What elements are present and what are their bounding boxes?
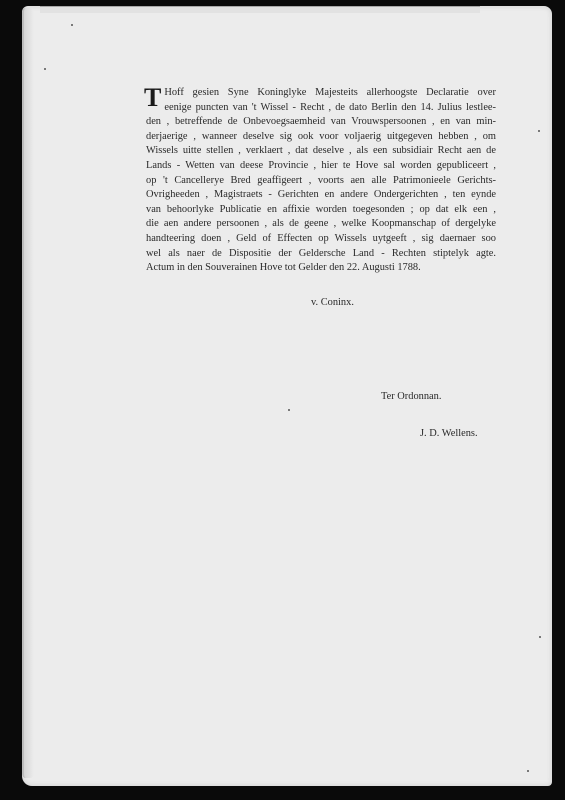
- body-line: Hoff gesien Syne Koninglyke Majesteits a…: [146, 86, 496, 101]
- body-line: op 't Cancellerye Bred geaffigeert , voo…: [146, 174, 496, 189]
- body-line: Ovrigheeden , Magistraets - Gerichten en…: [146, 188, 496, 203]
- paper-speck: [71, 24, 73, 26]
- body-line: wel als naer de Dispositie der Geldersch…: [146, 247, 496, 262]
- body-line: derjaerige , wanneer deselve sig ook voo…: [146, 130, 496, 145]
- body-line: Actum in den Souverainen Hove tot Gelder…: [146, 261, 496, 276]
- body-line: die aen andere persoonen , als de geene …: [146, 217, 496, 232]
- page-top-edge: [40, 6, 480, 13]
- body-line: Wissels uitte stellen , verklaert , dat …: [146, 144, 496, 159]
- body-line: den , betreffende de Onbevoegsaemheid va…: [146, 115, 496, 130]
- proclamation-body: T Hoff gesien Syne Koninglyke Majesteits…: [146, 86, 496, 276]
- paper-speck: [539, 636, 541, 638]
- paper-speck: [538, 130, 540, 132]
- body-line: eenige puncten van 't Wissel - Recht , d…: [146, 101, 496, 116]
- body-line: Lands - Wetten van deese Provincie , hie…: [146, 159, 496, 174]
- paper-speck: [44, 68, 46, 70]
- paper-speck: [527, 770, 529, 772]
- paper-speck: [288, 409, 290, 411]
- countersign-label: Ter Ordonnan.: [381, 391, 441, 402]
- signature-coninx: v. Coninx.: [311, 297, 354, 308]
- body-line: handteering doen , Geld of Effecten op W…: [146, 232, 496, 247]
- page-left-edge: [22, 8, 34, 778]
- drop-cap: T: [144, 88, 161, 108]
- signature-wellens: J. D. Wellens.: [420, 428, 478, 439]
- body-line: van behoorlyke Publicatie en affixie wor…: [146, 203, 496, 218]
